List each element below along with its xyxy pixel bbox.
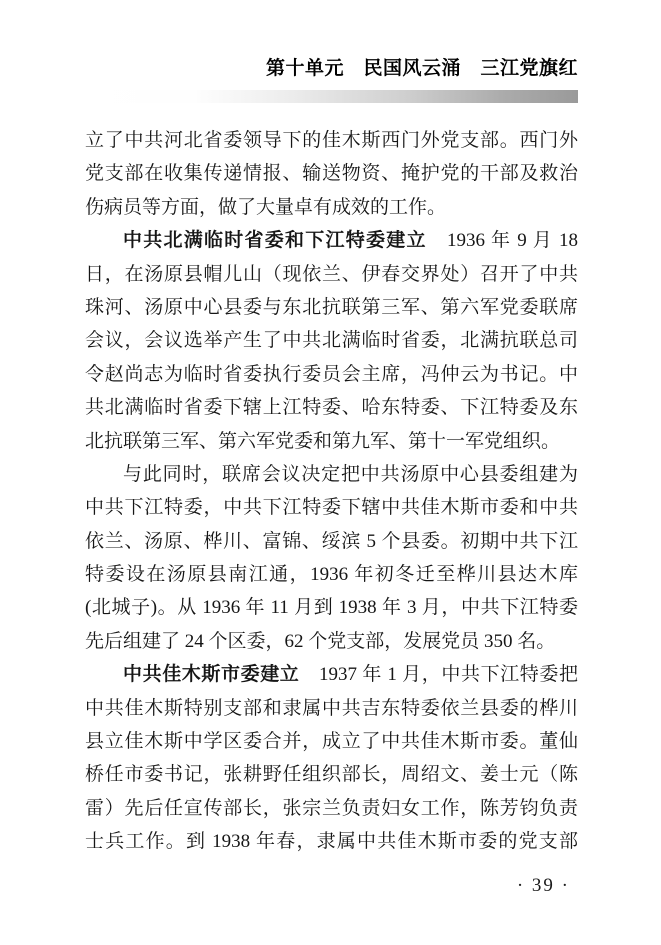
- text-line: 与此同时，联席会议决定把中共汤原中心县委组建为: [85, 458, 578, 491]
- page-number: · 39 ·: [85, 875, 570, 897]
- entry-heading: 中共佳木斯市委建立: [123, 664, 299, 685]
- text-line: 中共下江特委，中共下江特委下辖中共佳木斯市委和中共: [85, 491, 578, 524]
- text-line: (北城子)。从 1936 年 11 月到 1938 年 3 月，中共下江特委: [85, 591, 578, 624]
- text-line: 中共佳木斯市委建立 1937 年 1 月，中共下江特委把: [85, 658, 578, 691]
- text-line: 伤病员等方面，做了大量卓有成效的工作。: [85, 191, 578, 224]
- text-line: 中共佳木斯特别支部和隶属中共吉东特委依兰县委的桦川: [85, 692, 578, 725]
- text-line: 中共北满临时省委和下江特委建立 1936 年 9 月 18: [85, 224, 578, 257]
- text-line: 县立佳木斯中学区委合并，成立了中共佳木斯市委。董仙: [85, 725, 578, 758]
- body-text: 立了中共河北省委领导下的佳木斯西门外党支部。西门外党支部在收集传递情报、输送物资…: [85, 124, 578, 859]
- text-line: 雷）先后任宣传部长，张宗兰负责妇女工作，陈芳钧负责: [85, 792, 578, 825]
- book-page: 第十单元 民国风云涌 三江党旗红 立了中共河北省委领导下的佳木斯西门外党支部。西…: [0, 0, 661, 945]
- text-line: 日，在汤原县帽儿山（现依兰、伊春交界处）召开了中共: [85, 258, 578, 291]
- text-line: 党支部在收集传递情报、输送物资、掩护党的干部及救治: [85, 157, 578, 190]
- chapter-title: 第十单元 民国风云涌 三江党旗红: [85, 57, 578, 81]
- text-line: 先后组建了 24 个区委，62 个党支部，发展党员 350 名。: [85, 625, 578, 658]
- text-line: 特委设在汤原县南江通，1936 年初冬迁至桦川县达木库: [85, 558, 578, 591]
- text-line: 北抗联第三军、第六军党委和第九军、第十一军党组织。: [85, 425, 578, 458]
- text-line: 会议，会议选举产生了中共北满临时省委，北满抗联总司: [85, 324, 578, 357]
- text-line: 珠河、汤原中心县委与东北抗联第三军、第六军党委联席: [85, 291, 578, 324]
- text-line: 桥任市委书记，张耕野任组织部长，周绍文、姜士元（陈: [85, 758, 578, 791]
- text-line: 立了中共河北省委领导下的佳木斯西门外党支部。西门外: [85, 124, 578, 157]
- text-line: 共北满临时省委下辖上江特委、哈东特委、下江特委及东: [85, 391, 578, 424]
- text-line: 士兵工作。到 1938 年春，隶属中共佳木斯市委的党支部: [85, 825, 578, 858]
- text-line: 令赵尚志为临时省委执行委员会主席，冯仲云为书记。中: [85, 358, 578, 391]
- text-line: 依兰、汤原、桦川、富锦、绥滨 5 个县委。初期中共下江: [85, 525, 578, 558]
- header-gradient-bar: [85, 90, 578, 103]
- entry-heading: 中共北满临时省委和下江特委建立: [123, 230, 427, 251]
